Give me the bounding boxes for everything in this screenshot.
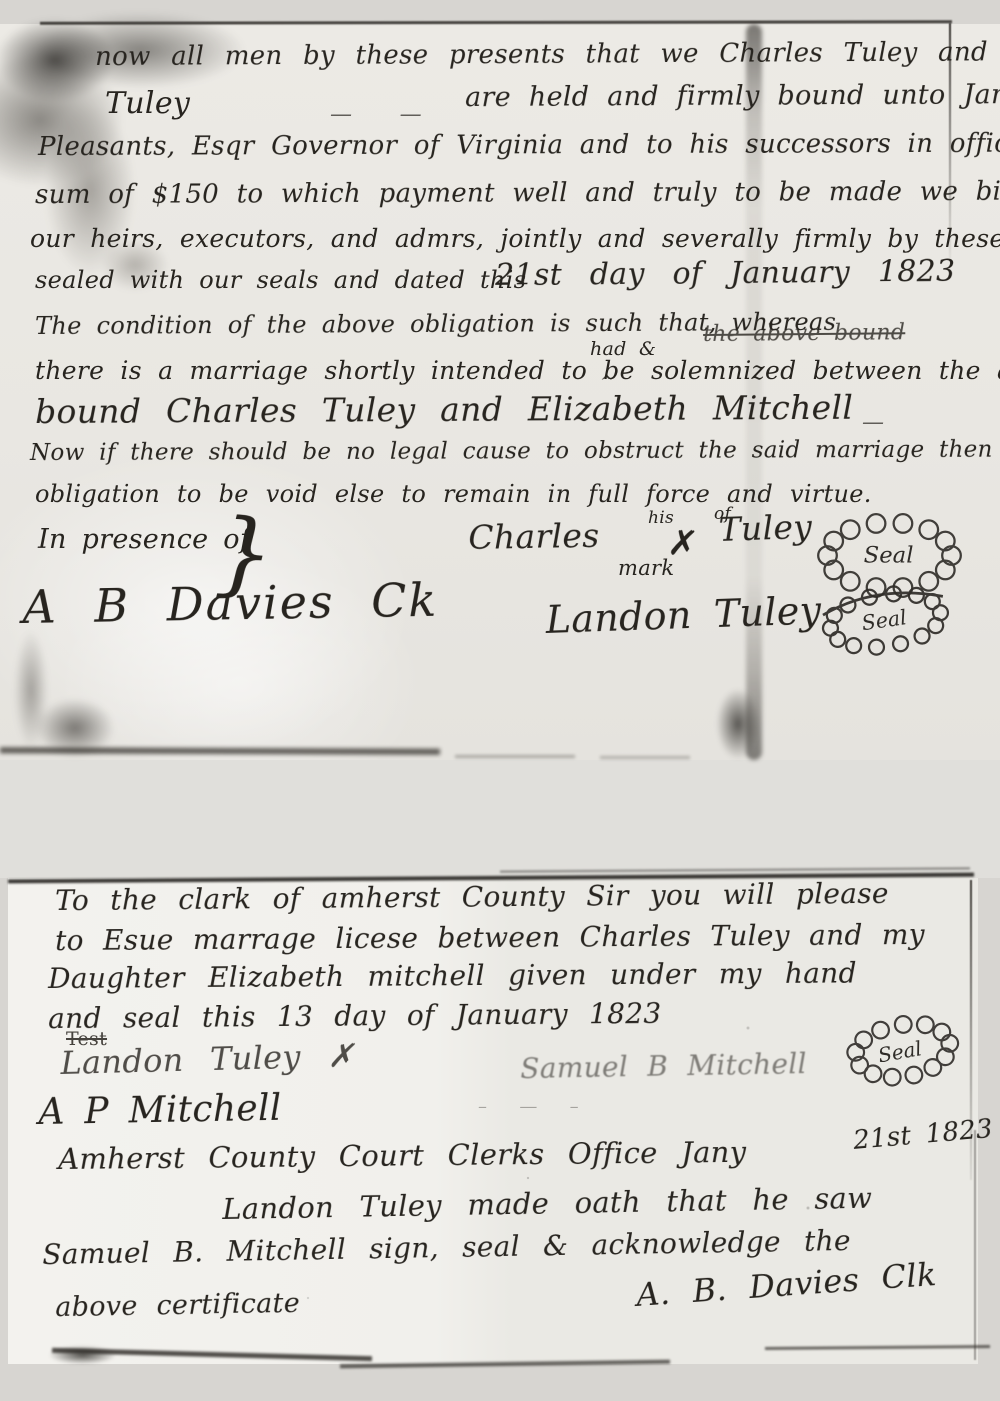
bond-line-6: sealed with our seals and dated this [35, 266, 526, 294]
scanned-document-page: now all men by these presents that we Ch… [0, 0, 1000, 1401]
seal-text-father: Seal [876, 1036, 923, 1067]
bond-line-5: our heirs, executors, and admrs, jointly… [30, 224, 1000, 253]
consent-line-2: to Esue marrage licese between Charles T… [55, 918, 925, 957]
left-margin-smudge [14, 630, 48, 750]
clerk-certificate-line: above certificate [55, 1288, 300, 1323]
bond-line-2-rest: are held and firmly bound unto James [465, 79, 1000, 113]
bond-line-9-dash: — [862, 410, 884, 435]
bond-line-4: sum of $150 to which payment well and tr… [35, 176, 1000, 210]
between-sheets-gap [0, 760, 1000, 878]
bond-line-6-date: 21st day of January 1823 [495, 254, 956, 293]
consent-line-3: Daughter Elizabeth mitchell given under … [48, 956, 857, 995]
groom-signature-last: Tuley [718, 507, 813, 549]
consent-line-4: and seal this 13 day of January 1823 [48, 997, 662, 1035]
seal-text-surety: Seal [860, 605, 908, 635]
groom-mark-label: mark [618, 556, 674, 580]
father-signature: Samuel B Mitchell [520, 1047, 807, 1085]
clerk-office-line: Amherst County Court Clerks Office Jany [58, 1135, 747, 1176]
bond-bottom-edge-trace-2 [600, 756, 690, 759]
bond-line-9: bound Charles Tuley and Elizabeth Mitche… [35, 388, 853, 431]
groom-signature-first: Charles [468, 516, 600, 557]
consent-witness-signature: Landon Tuley ✗ [60, 1036, 355, 1082]
bond-line-11: obligation to be void else to remain in … [35, 480, 872, 508]
bond-line-10: Now if there should be no legal cause to… [30, 436, 1000, 466]
consent-right-edge-2 [974, 1130, 976, 1360]
bond-line-7-struck-text: the above bound [703, 320, 905, 347]
bond-bottom-edge-trace-1 [455, 755, 575, 758]
bond-line-8-insertion: had & [590, 338, 656, 360]
bond-line-2-name: Tuley [105, 86, 190, 121]
bond-line-3: Pleasants, Esqr Governor of Virginia and… [38, 128, 1000, 162]
father-signature-dashes: – — – [478, 1096, 579, 1117]
consent-bottom-left-blob [50, 1346, 115, 1364]
seal-text-groom: Seal [864, 543, 914, 569]
fold-bottom-blotch [716, 688, 760, 760]
witness-clerk-signature: A B Davies Ck [22, 573, 439, 634]
bond-line-2-dashes: — — [330, 102, 422, 127]
second-mitchell-signature: A P Mitchell [38, 1088, 282, 1133]
bond-line-1: now all men by these presents that we Ch… [95, 37, 1000, 72]
bond-line-8: there is a marriage shortly intended to … [35, 356, 1000, 385]
